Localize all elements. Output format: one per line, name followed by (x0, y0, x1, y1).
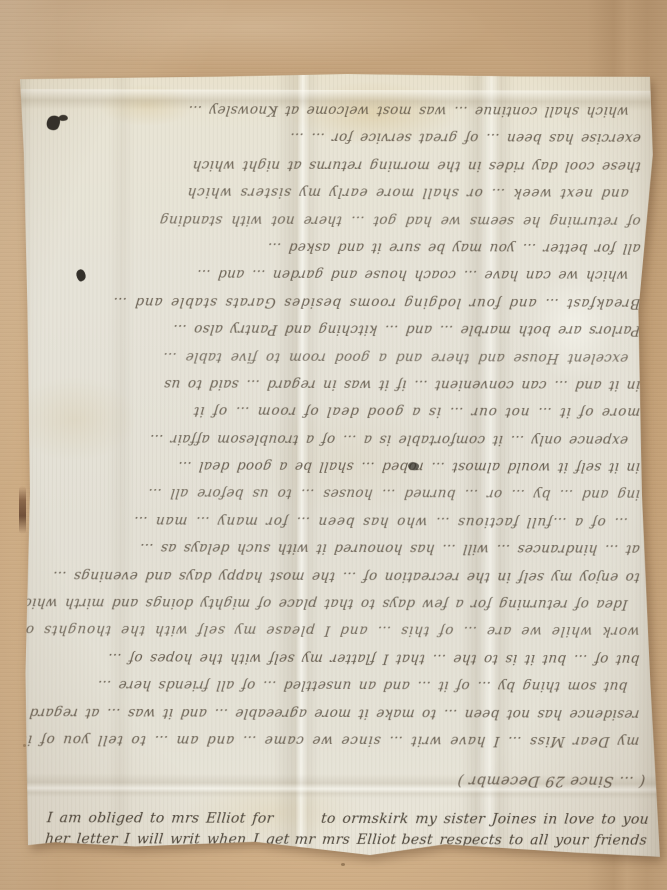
photo-vignette (0, 0, 667, 890)
letter-photo-scene: my Dear Miss … I have writ … since we ca… (0, 0, 667, 890)
